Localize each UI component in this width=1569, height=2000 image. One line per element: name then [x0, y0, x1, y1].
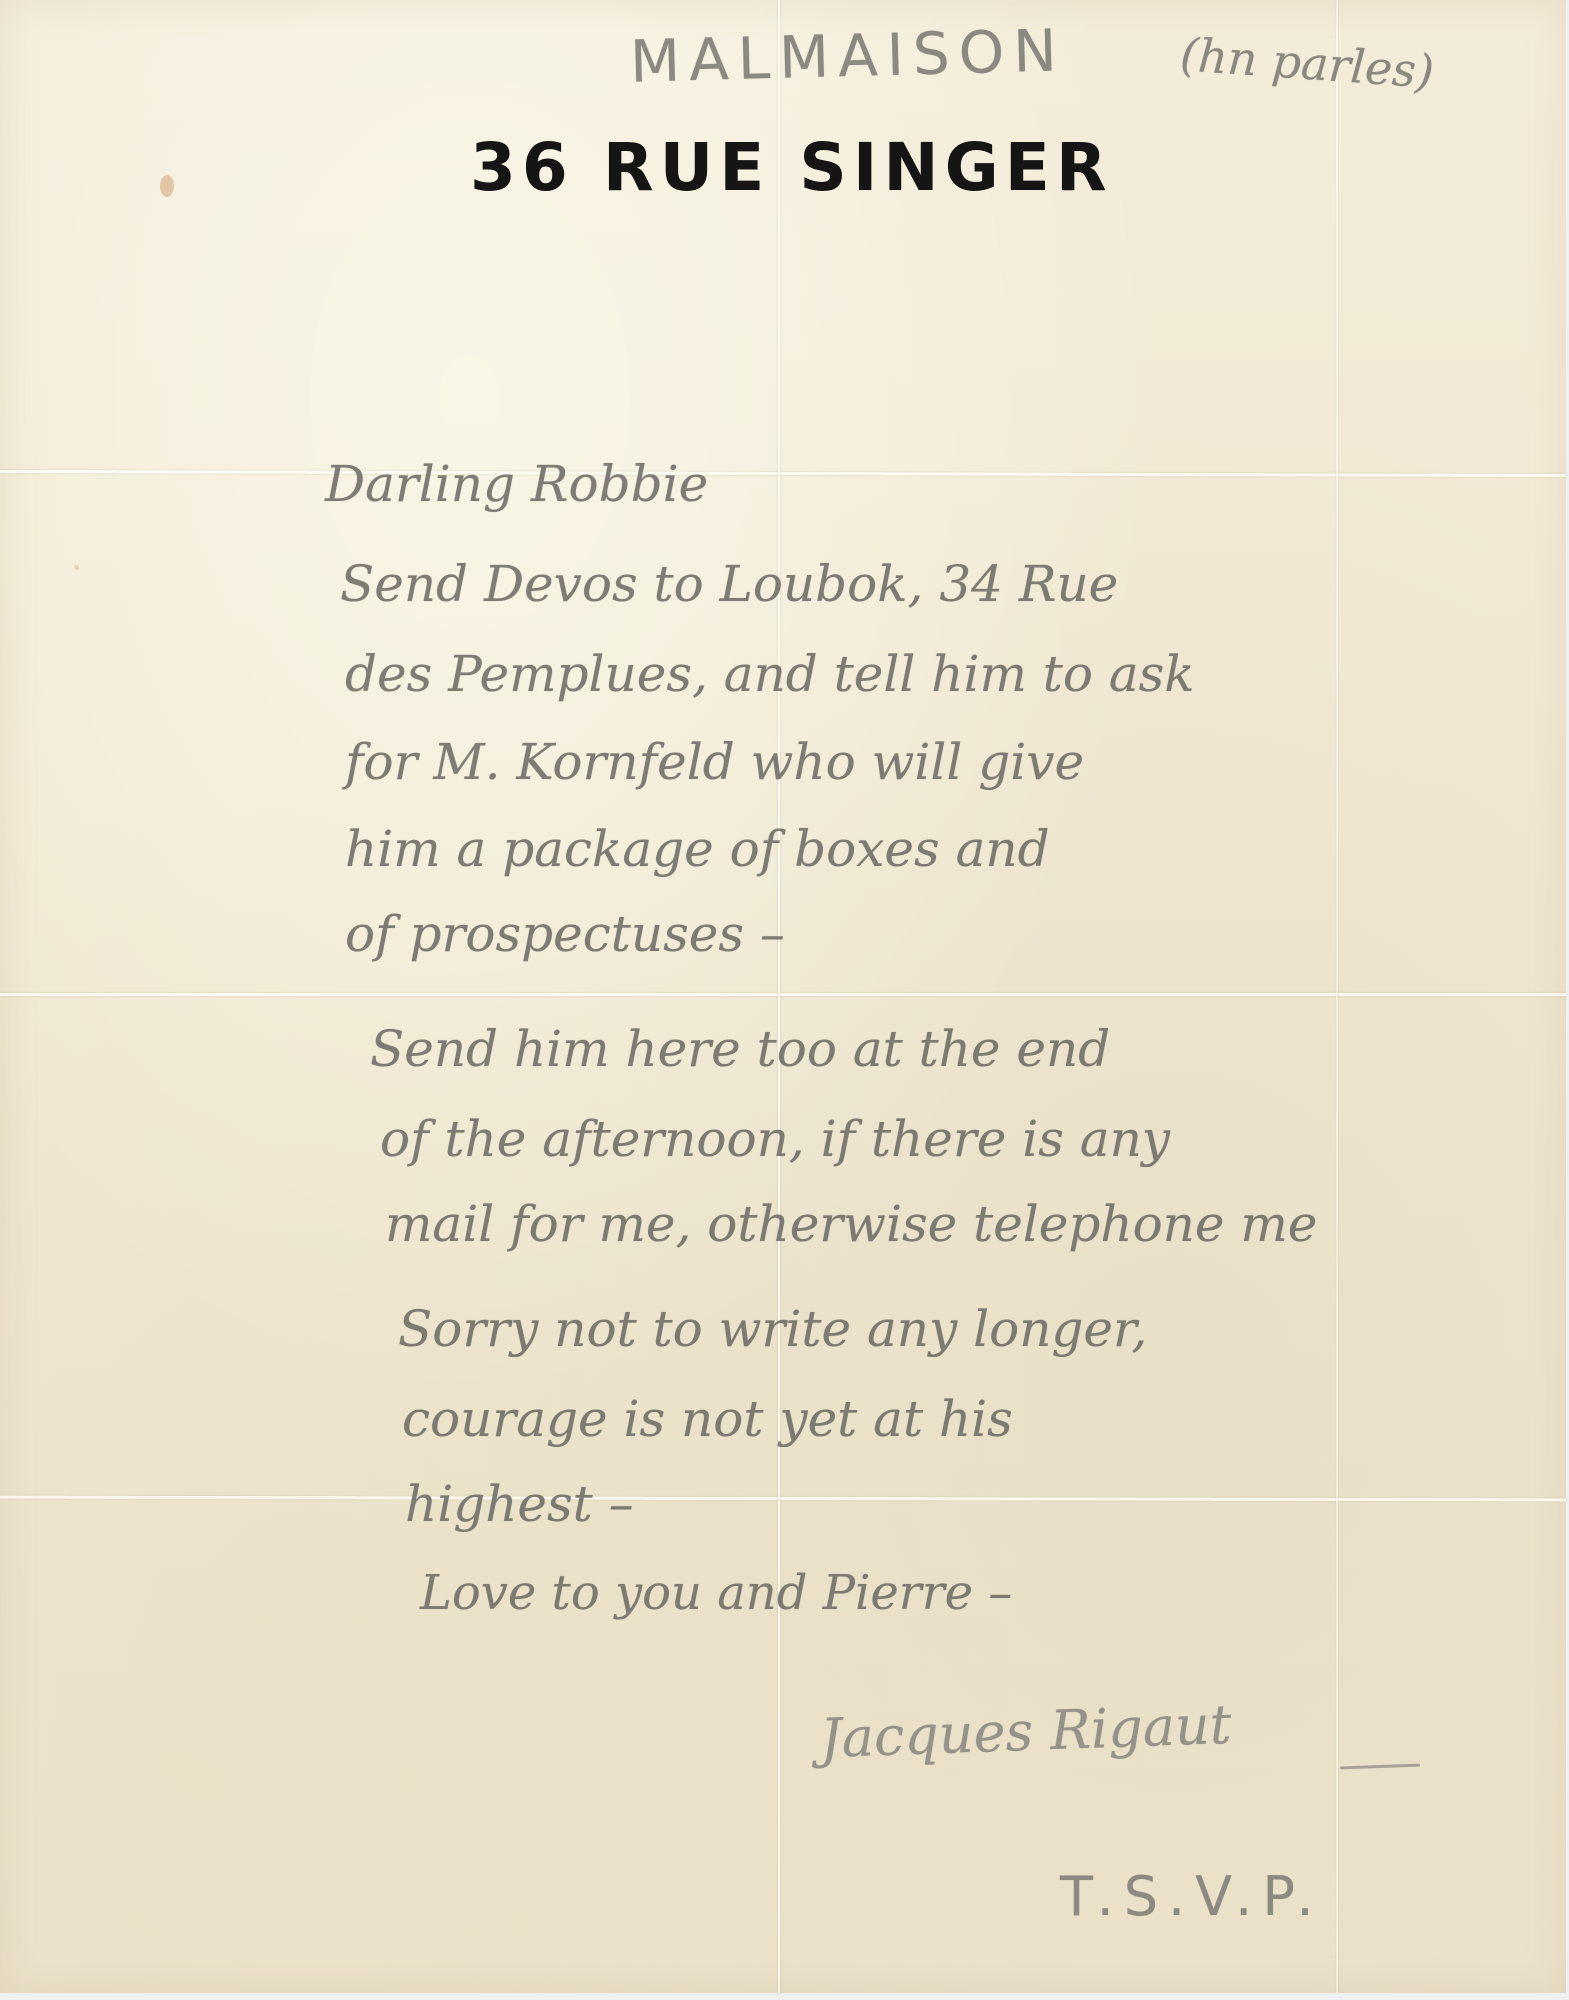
- fold-line: [0, 470, 1566, 477]
- fold-line: [0, 1496, 1566, 1502]
- fold-line: [778, 0, 780, 1993]
- stain: [74, 565, 79, 570]
- letter-line: des Pemplues, and tell him to ask: [345, 645, 1195, 703]
- letter-line: of prospectuses –: [345, 905, 785, 963]
- letter-line: highest –: [405, 1475, 634, 1533]
- letter-closing: Love to you and Pierre –: [420, 1565, 1012, 1621]
- letter-salutation: Darling Robbie: [325, 455, 708, 513]
- postscript-tsvp: T.S.V.P.: [1060, 1865, 1324, 1928]
- letter-line: for M. Kornfeld who will give: [345, 733, 1084, 791]
- archival-annotation-note: (hn parles): [1178, 27, 1435, 99]
- letter-line: Sorry not to write any longer,: [398, 1300, 1147, 1358]
- letter-line: Send Devos to Loubok, 34 Rue: [340, 555, 1118, 613]
- signature: Jacques Rigaut: [819, 1693, 1232, 1770]
- signature-flourish: [1340, 1764, 1420, 1770]
- fold-line: [0, 993, 1566, 996]
- letter-line: courage is not yet at his: [402, 1390, 1013, 1448]
- letter-line: him a package of boxes and: [345, 820, 1050, 878]
- fold-line: [1336, 0, 1338, 1993]
- archival-annotation: MALMAISON: [629, 16, 1066, 95]
- letter-line: Send him here too at the end: [370, 1020, 1110, 1078]
- letter-line: of the afternoon, if there is any: [380, 1110, 1170, 1168]
- letterhead-address: 36 RUE SINGER: [470, 128, 1090, 208]
- letter-paper: MALMAISON (hn parles) 36 RUE SINGER Darl…: [0, 0, 1566, 1993]
- letter-line: mail for me, otherwise telephone me: [385, 1195, 1317, 1253]
- stain: [160, 175, 174, 197]
